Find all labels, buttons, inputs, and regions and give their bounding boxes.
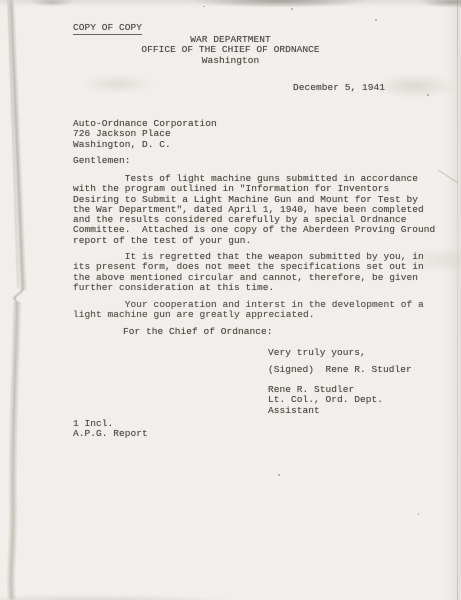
body-paragraph-2: It is regretted that the weapon submitte… bbox=[73, 252, 424, 293]
signed-line: (Signed) Rene R. Studler bbox=[268, 365, 412, 375]
valediction: Very truly yours, bbox=[268, 348, 366, 358]
for-chief-of-ordnance-line: For the Chief of Ordnance: bbox=[123, 327, 273, 337]
body-paragraph-1: Tests of light machine guns submitted in… bbox=[73, 174, 435, 246]
paper-speck bbox=[427, 94, 429, 96]
letterhead: WAR DEPARTMENT OFFICE OF THE CHIEF OF OR… bbox=[0, 35, 461, 66]
paper-speck bbox=[203, 6, 205, 7]
right-edge-crease-mark bbox=[438, 170, 459, 184]
body-paragraph-3: Your cooperation and interst in the deve… bbox=[73, 300, 424, 321]
right-page-edge-line bbox=[457, 0, 458, 600]
signature-block: Rene R. Studler Lt. Col., Ord. Dept. Ass… bbox=[268, 385, 383, 416]
paper-speck bbox=[418, 513, 419, 515]
salutation: Gentlemen: bbox=[73, 156, 131, 166]
scanned-letter-page: COPY OF COPY WAR DEPARTMENT OFFICE OF TH… bbox=[0, 0, 461, 600]
date-line: December 5, 1941 bbox=[293, 83, 385, 93]
paper-speck bbox=[278, 474, 280, 476]
copy-of-copy-stamp: COPY OF COPY bbox=[73, 23, 142, 35]
enclosure-note: 1 Incl. A.P.G. Report bbox=[73, 419, 148, 440]
paper-speck bbox=[291, 8, 293, 10]
recipient-address: Auto-Ordnance Corporation 726 Jackson Pl… bbox=[73, 119, 217, 150]
paper-speck bbox=[375, 19, 377, 21]
